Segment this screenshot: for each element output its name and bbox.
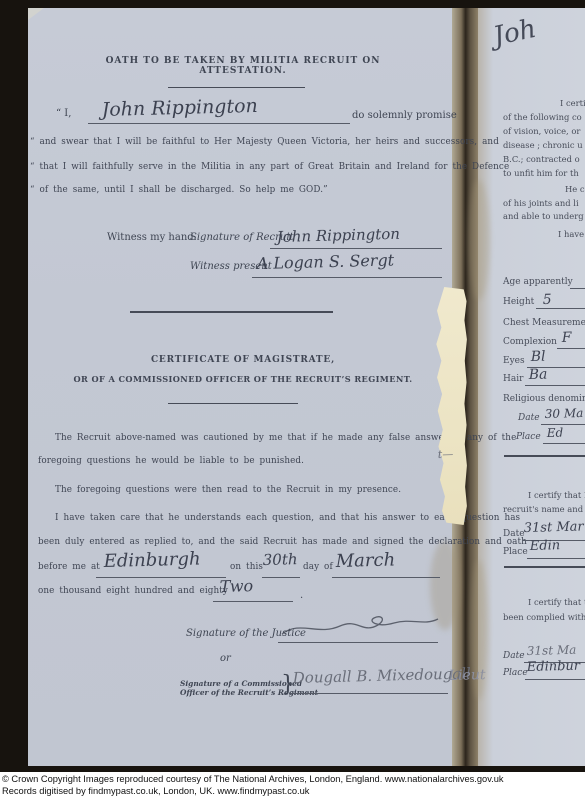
justice-label: Signature of the Justice xyxy=(186,628,306,639)
or-label: or xyxy=(220,653,231,664)
oath-heading: OATH TO BE TAKEN BY MILITIA RECRUIT ON A… xyxy=(88,56,398,76)
divider xyxy=(504,566,585,568)
certificate-para1-line2: foregoing questions he would be liable t… xyxy=(38,456,304,466)
year-period: . xyxy=(300,590,303,601)
certificate-para3-line2: been duly entered as replied to, and the… xyxy=(38,537,527,547)
day-line xyxy=(262,577,300,578)
medical-line: B.C.; contracted o xyxy=(503,154,580,164)
medical-line: of vision, voice, or xyxy=(503,126,580,136)
copyright-line2: Records digitised by findmypast.co.uk, L… xyxy=(2,786,309,796)
divider xyxy=(168,87,305,88)
place-line xyxy=(96,577,226,578)
height-value: 5 xyxy=(543,292,552,308)
recruit-name-script: John Rippington xyxy=(101,95,258,121)
medical-line: I have xyxy=(558,229,584,239)
patch-pencil-note: t— xyxy=(438,448,454,461)
left-page xyxy=(28,8,455,766)
place-value: Edinburgh xyxy=(103,548,200,572)
witness-signature-line xyxy=(252,277,442,278)
religion-label: Religious denomina xyxy=(503,394,585,404)
recruit-name-line xyxy=(88,123,350,124)
year-value: Two xyxy=(220,576,254,596)
certify2-line2: been complied with. xyxy=(503,612,585,622)
page-stain xyxy=(468,180,490,300)
eyes-value: Bl xyxy=(531,349,546,365)
place-line xyxy=(525,679,585,680)
age-line xyxy=(570,288,585,289)
on-this-label: on this xyxy=(230,562,263,572)
complexion-line xyxy=(557,348,585,349)
officer-rank: Lieut xyxy=(449,667,486,684)
date-value: 31st Ma xyxy=(527,643,577,658)
date-label: Date xyxy=(503,651,525,661)
place-label: Place xyxy=(503,547,528,557)
medical-line: He ca xyxy=(565,184,585,194)
year-line-label: one thousand eight hundred and eighty xyxy=(38,586,228,596)
oath-line1-suffix: do solemnly promise xyxy=(352,110,457,121)
complexion-value: F xyxy=(562,330,572,346)
place-value: Ed xyxy=(547,426,564,440)
age-label: Age apparently xyxy=(503,277,573,287)
height-line xyxy=(536,308,585,309)
medical-line: of the following co xyxy=(503,112,582,122)
place-line xyxy=(527,558,585,559)
certificate-heading1: CERTIFICATE OF MAGISTRATE, xyxy=(88,355,398,365)
medical-line: and able to underg xyxy=(503,211,584,221)
month-value: March xyxy=(335,549,395,572)
recruit-signature-line xyxy=(270,248,442,249)
divider xyxy=(504,455,585,457)
certify1-line1: I certify that I xyxy=(528,490,585,500)
certificate-para2: The foregoing questions were then read t… xyxy=(55,485,401,495)
officer-signature-line xyxy=(290,693,448,694)
divider xyxy=(168,403,298,404)
medical-line: of his joints and li xyxy=(503,198,579,208)
hair-value: Ba xyxy=(529,367,548,383)
eyes-label: Eyes xyxy=(503,356,525,366)
scanned-attestation-document: OATH TO BE TAKEN BY MILITIA RECRUIT ON A… xyxy=(0,0,585,800)
medical-line: to unfit him for th xyxy=(503,168,579,178)
certify2-line1: I certify that th xyxy=(528,597,585,607)
witness-signature: A Logan S. Sergt xyxy=(257,250,395,273)
date-label: Date xyxy=(503,529,525,539)
copyright-line1: © Crown Copyright Images reproduced cour… xyxy=(2,774,504,784)
date-label: Date xyxy=(518,413,540,423)
witness-hand-label: Witness my hand. xyxy=(107,232,197,243)
oath-line1-prefix: “ I, xyxy=(56,108,71,119)
justice-signature-line xyxy=(278,642,438,643)
certificate-heading2: OR OF A COMMISSIONED OFFICER OF THE RECR… xyxy=(58,374,428,384)
place-label: Place xyxy=(516,432,541,442)
place-label: Place xyxy=(503,668,528,678)
hair-label: Hair xyxy=(503,374,523,384)
day-value: 30th xyxy=(263,550,298,569)
height-label: Height xyxy=(503,297,534,307)
oath-line4: “ of the same, until I shall be discharg… xyxy=(30,185,328,195)
chest-label: Chest Measuremen xyxy=(503,318,585,328)
certify1-line2: recruit's name and xyxy=(503,504,583,514)
oath-line2: “ and swear that I will be faithful to H… xyxy=(30,137,499,147)
place-value: Edin xyxy=(530,538,561,554)
date-value: 30 Ma xyxy=(545,406,584,421)
recruit-signature: John Rippington xyxy=(277,225,401,246)
year-line xyxy=(213,601,293,602)
before-me-label: before me at xyxy=(38,562,100,572)
medical-line: disease ; chronic u xyxy=(503,140,583,150)
medical-line: I certi xyxy=(560,98,585,108)
place-line xyxy=(543,443,585,444)
place-value: Edinbur xyxy=(527,659,581,675)
divider xyxy=(130,311,333,313)
day-of-label: day of xyxy=(303,562,333,572)
hair-line xyxy=(525,385,585,386)
copyright-bar: © Crown Copyright Images reproduced cour… xyxy=(0,772,585,800)
complexion-label: Complexion xyxy=(503,337,557,347)
date-value: 31st Mar xyxy=(524,519,584,536)
month-line xyxy=(332,577,440,578)
oath-line3: “ that I will faithfully serve in the Mi… xyxy=(30,162,509,172)
